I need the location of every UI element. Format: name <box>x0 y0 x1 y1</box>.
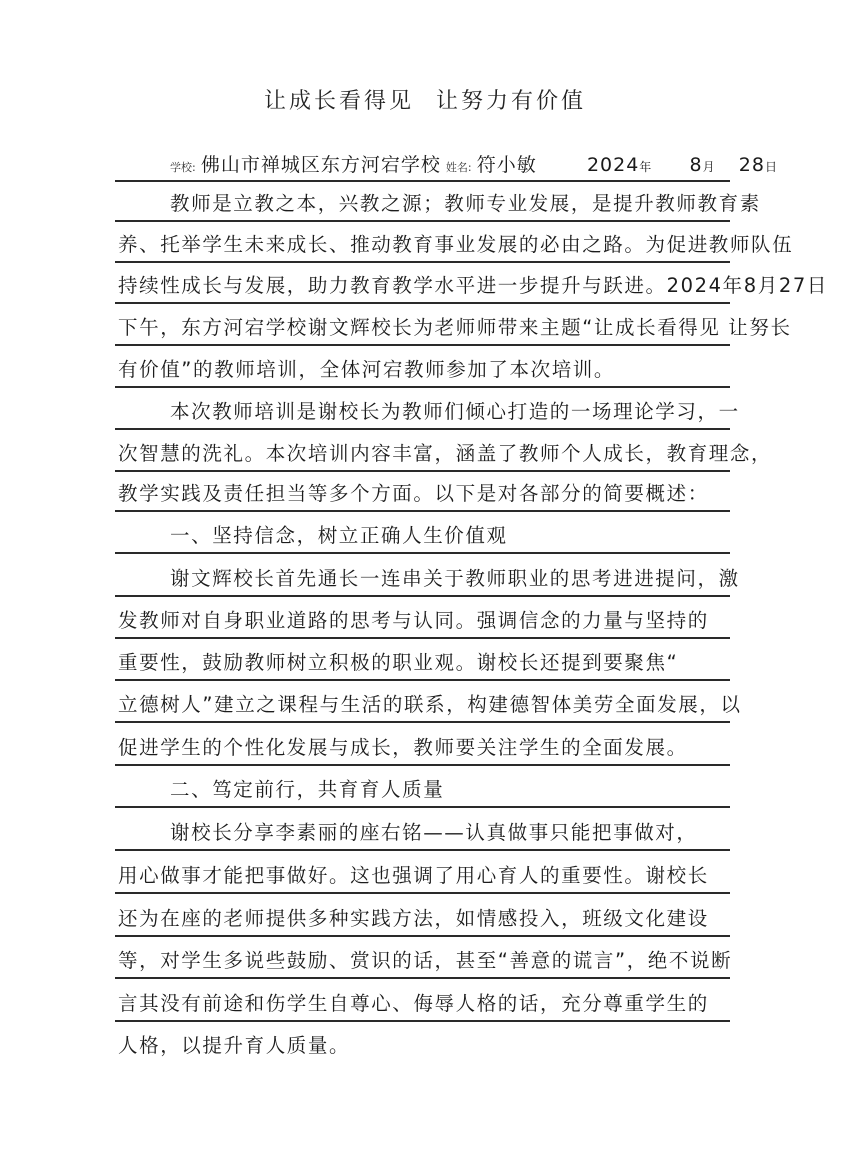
date-month-unit: 月 <box>703 160 715 174</box>
ruled-line <box>115 470 730 472</box>
text-line: 次智慧的洗礼。本次培训内容丰富，涵盖了教师个人成长，教育理念， <box>118 440 730 468</box>
date-day: 28 <box>739 154 765 176</box>
school-label: 学校: <box>170 161 196 174</box>
ruled-line <box>115 764 730 766</box>
text-line: 养、托举学生未来成长、推动教育事业发展的必由之路。为促进教师队伍 <box>118 231 730 259</box>
text-line: 谢文辉校长首先通长一连串关于教师职业的思考进进提问，激 <box>118 565 782 593</box>
ruled-line <box>115 935 730 937</box>
date-year: 2024 <box>587 154 639 176</box>
text-line: 人格，以提升育人质量。 <box>118 1032 730 1060</box>
section-heading: 一、坚持信念，树立正确人生价值观 <box>118 522 782 550</box>
document-title: 让成长看得见 让努力有价值 <box>0 84 850 115</box>
ruled-line <box>115 428 730 430</box>
header-meta: 学校: 佛山市禅城区东方河宕学校 姓名: 符小敏 2024年 8月 28日 <box>170 150 777 177</box>
text-line: 本次教师培训是谢校长为教师们倾心打造的一场理论学习，一 <box>118 398 782 426</box>
ruled-line <box>115 1020 730 1022</box>
text-line: 谢校长分享李素丽的座右铭——认真做事只能把事做对， <box>118 819 782 847</box>
title-part-2: 让努力有价值 <box>436 89 586 114</box>
ruled-line <box>115 302 730 304</box>
text-line: 教学实践及责任担当等多个方面。以下是对各部分的简要概述： <box>118 480 730 508</box>
text-line: 用心做事才能把事做好。这也强调了用心育人的重要性。谢校长 <box>118 862 730 890</box>
ruled-line <box>115 386 730 388</box>
ruled-line <box>115 892 730 894</box>
ruled-line <box>115 806 730 808</box>
ruled-line <box>115 220 730 222</box>
ruled-line <box>115 552 730 554</box>
author-name: 符小敏 <box>477 154 537 176</box>
text-line: 促进学生的个性化发展与成长，教师要关注学生的全面发展。 <box>118 734 730 762</box>
text-line: 立德树人”建立之课程与生活的联系，构建德智体美劳全面发展，以 <box>118 691 730 719</box>
text-line: 下午，东方河宕学校谢文辉校长为老师师带来主题“让成长看得见 让努长 <box>118 314 730 342</box>
text-line: 言其没有前途和伤学生自尊心、侮辱人格的话，充分尊重学生的 <box>118 990 730 1018</box>
ruled-line <box>115 261 730 263</box>
text-line: 持续性成长与发展，助力教育教学水平进一步提升与跃进。2024年8月27日 <box>118 272 730 300</box>
ruled-line <box>115 849 730 851</box>
ruled-line <box>115 510 730 512</box>
school-name: 佛山市禅城区东方河宕学校 <box>201 154 441 176</box>
text-line: 发教师对自身职业道路的思考与认同。强调信念的力量与坚持的 <box>118 607 730 635</box>
name-label: 姓名: <box>446 161 472 174</box>
text-line: 有价值”的教师培训，全体河宕教师参加了本次培训。 <box>118 356 730 384</box>
ruled-line <box>115 595 730 597</box>
text-line: 重要性，鼓励教师树立积极的职业观。谢校长还提到要聚焦“ <box>118 649 730 677</box>
text-line: 教师是立教之本，兴教之源；教师专业发展，是提升教师教育素 <box>118 190 782 218</box>
date-month: 8 <box>690 154 703 176</box>
ruled-line <box>115 344 730 346</box>
ruled-line <box>115 977 730 979</box>
section-heading: 二、笃定前行，共育育人质量 <box>118 776 782 804</box>
title-part-1: 让成长看得见 <box>264 89 414 114</box>
text-line: 等，对学生多说些鼓励、赏识的话，甚至“善意的谎言”，绝不说断 <box>118 947 730 975</box>
ruled-line <box>115 637 730 639</box>
text-line: 还为在座的老师提供多种实践方法，如情感投入，班级文化建设 <box>118 905 730 933</box>
ruled-line <box>115 721 730 723</box>
ruled-line <box>115 180 730 182</box>
date-year-unit: 年 <box>639 160 651 174</box>
ruled-line <box>115 679 730 681</box>
date-day-unit: 日 <box>765 160 777 174</box>
